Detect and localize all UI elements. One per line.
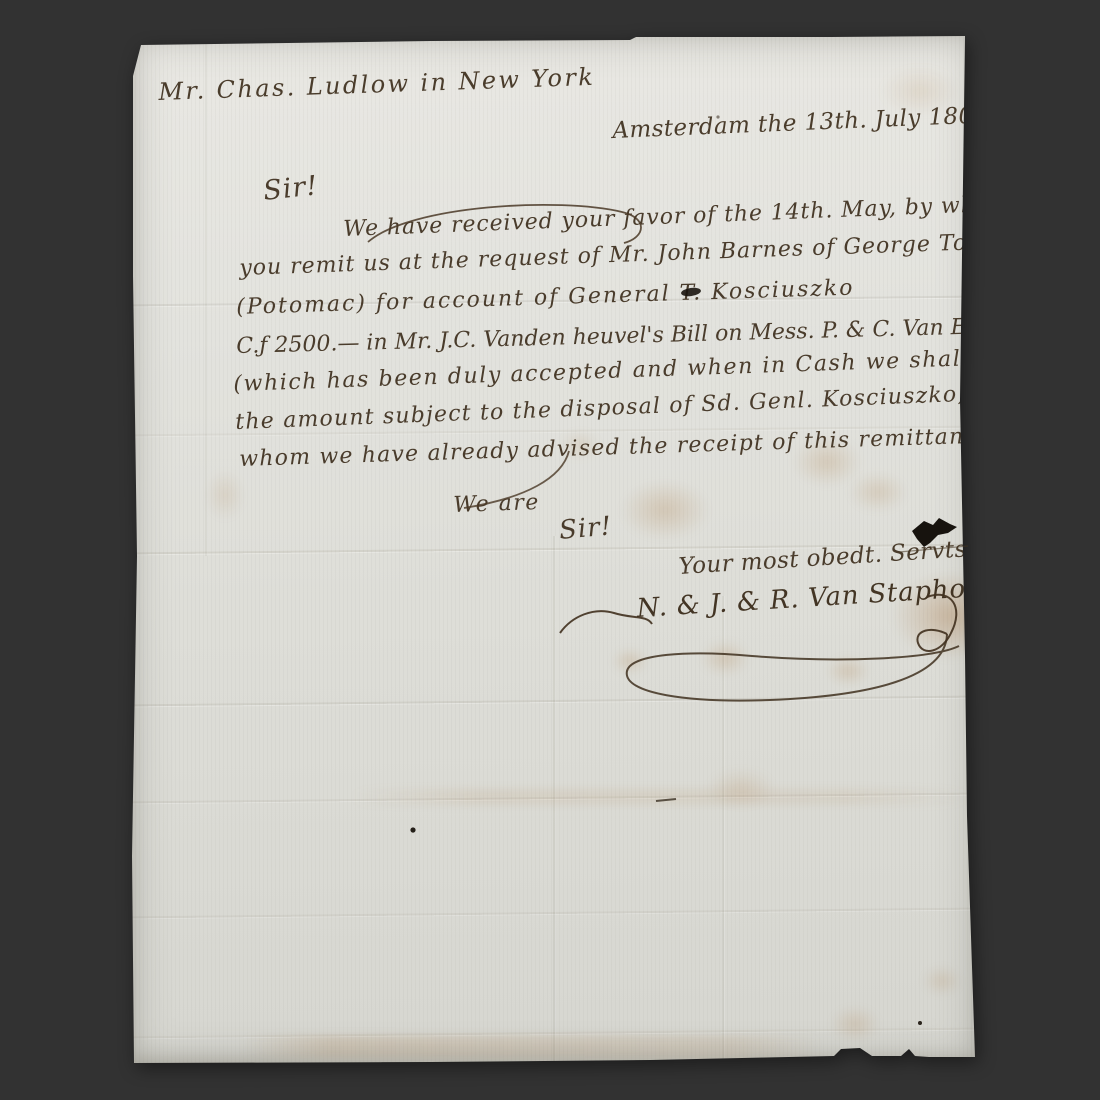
body-line: whom we have already advised the receipt… (239, 425, 1001, 471)
signature-line: N. & J. & R. Van Staphorst (636, 574, 1005, 622)
stain-band (241, 1036, 821, 1058)
fold-crease (131, 696, 977, 707)
fold-crease (553, 536, 555, 1061)
salutation: Sir! (262, 172, 319, 205)
stain (706, 768, 776, 808)
letter-paper-wrapper: Mr. Chas. Ludlow in New York Amsterdam t… (131, 36, 977, 1063)
fold-crease (131, 908, 977, 919)
stain (826, 656, 870, 686)
stain (848, 472, 908, 512)
stain (922, 966, 962, 996)
body-line: (Potomac) for account of General T. Kosc… (236, 278, 855, 319)
letter-paper: Mr. Chas. Ludlow in New York Amsterdam t… (131, 36, 977, 1063)
fold-crease (722, 596, 724, 1061)
photo-background: Mr. Chas. Ludlow in New York Amsterdam t… (0, 0, 1100, 1100)
stain (700, 640, 750, 676)
address-line: Mr. Chas. Ludlow in New York (158, 65, 596, 104)
stain (205, 470, 245, 520)
closing-valediction: Your most obedt. Servts. (678, 538, 975, 579)
closing-sir: Sir! (558, 513, 613, 544)
fold-crease (131, 793, 977, 804)
stain-band (351, 789, 971, 805)
fold-crease (205, 44, 207, 556)
stain (830, 1006, 880, 1042)
stain (620, 480, 710, 540)
closing-we-are: We are (453, 492, 540, 517)
dateline: Amsterdam the 13th. July 1802. (612, 104, 997, 143)
stain (612, 648, 648, 674)
fold-crease (131, 1028, 977, 1039)
